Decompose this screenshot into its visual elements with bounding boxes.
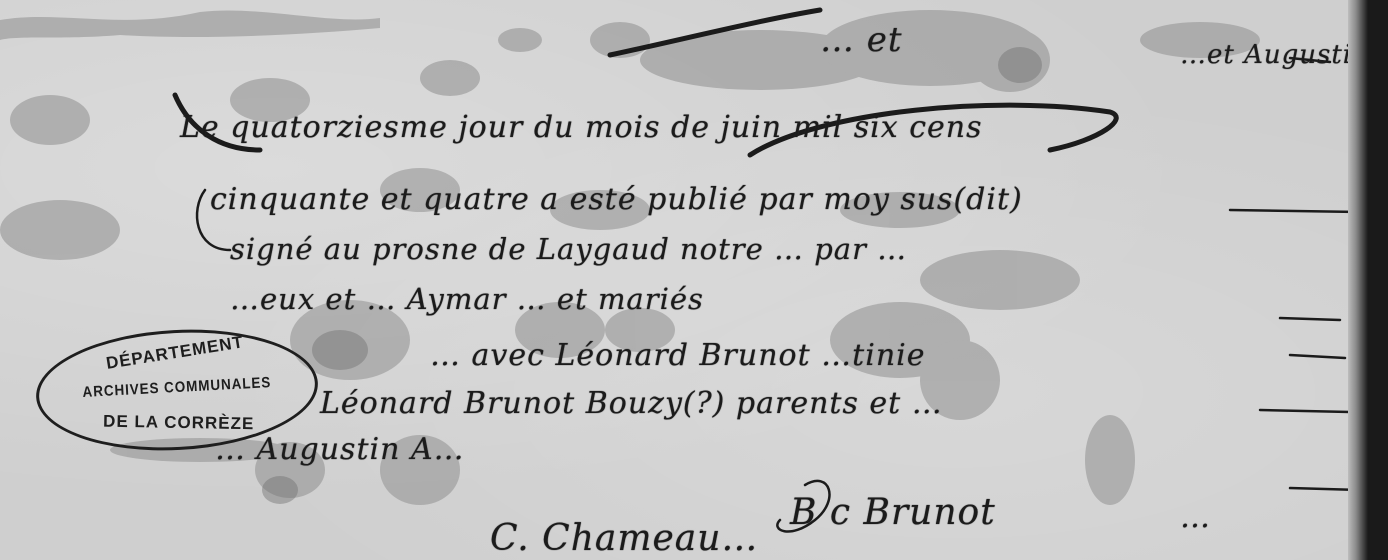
text-line-2: cinquante et quatre a esté publié par mo… — [210, 182, 1023, 217]
ink-stains — [0, 0, 1368, 560]
bottom-fragment: C. Chameau… — [490, 518, 758, 559]
stamp-line-3: DE LA CORRÈZE — [41, 411, 317, 436]
text-line-3: signé au prosne de Laygaud notre … par … — [230, 232, 907, 266]
text-line-5: … avec Léonard Brunot …tinie — [430, 338, 926, 373]
stamp-line-2: ARCHIVES COMMUNALES — [52, 373, 301, 403]
register-page: … et …et Augustin. Le quatorziesme jour … — [0, 0, 1368, 560]
header-fragment: … et — [820, 20, 903, 60]
page-edge — [1348, 0, 1368, 560]
header-fragment-end: …et Augustin. — [1180, 40, 1368, 70]
text-line-6: Léonard Brunot Bouzy(?) parents et … — [320, 386, 943, 421]
text-line-4: …eux et … Aymar … et mariés — [230, 282, 704, 316]
signature-trailing: … — [1180, 500, 1211, 535]
signature: B c Brunot — [790, 492, 996, 533]
text-line-1: Le quatorziesme jour du mois de juin mil… — [180, 110, 983, 145]
